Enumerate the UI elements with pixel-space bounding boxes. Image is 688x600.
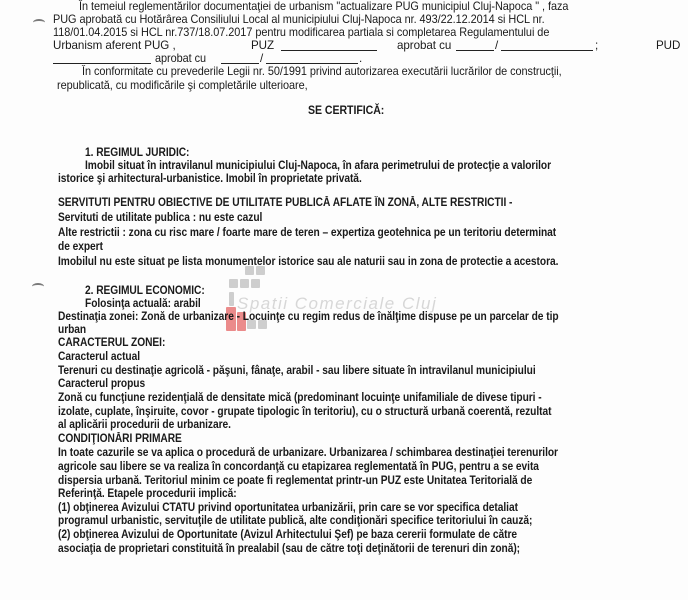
conditionari-step-2-line-2: asociaţia de proprietari constituită în … bbox=[58, 542, 520, 556]
section-heading-regimul-economic: 2. REGIMUL ECONOMIC: bbox=[85, 284, 205, 298]
margin-punch-mark bbox=[33, 19, 45, 26]
separator: / bbox=[495, 39, 498, 53]
watermark-square bbox=[229, 292, 234, 306]
margin-punch-mark bbox=[32, 283, 44, 290]
destinatia-zonei-line-1: Destinaţia zonei: Zonă de urbanizare - L… bbox=[58, 310, 559, 324]
section-heading-regimul-juridic: 1. REGIMUL JURIDIC: bbox=[85, 146, 189, 160]
puz-approval-date-field bbox=[501, 39, 593, 51]
conditionari-step-2-line-1: (2) obţinerea Avizului de Oportunitate (… bbox=[58, 528, 517, 542]
intro-line-2: PUG aprobată cu Hotărârea Consiliului Lo… bbox=[53, 13, 545, 27]
watermark-square bbox=[229, 279, 238, 288]
servituti-line-1: Servituti de utilitate publica : nu este… bbox=[58, 211, 262, 225]
pud-approval-number-field bbox=[221, 52, 259, 64]
regim-juridic-line-1: Imobil situat în intravilanul municipiul… bbox=[85, 159, 551, 173]
conditionari-line: agricole sau libere se va realiza în con… bbox=[58, 460, 539, 474]
puz-approval-number-field bbox=[456, 39, 494, 51]
law-line-1: În conformitate cu prevederile Legii nr.… bbox=[82, 65, 562, 79]
caracterul-propus-line-3: al aplicării procedurii de urbanizare. bbox=[58, 418, 231, 432]
section-heading-servituti: SERVITUTI PENTRU OBIECTIVE DE UTILITATE … bbox=[58, 196, 512, 210]
watermark-square bbox=[256, 266, 265, 275]
destinatia-zonei-line-2: urban bbox=[58, 323, 86, 337]
conditionari-line: Referinţă. Etapele procedurii implică: bbox=[58, 487, 237, 501]
caracterul-actual-text: Terenuri cu destinaţie agricolă - păşuni… bbox=[58, 364, 536, 378]
conditionari-line: In toate cazurile se va aplica o procedu… bbox=[58, 446, 558, 460]
servituti-line-2: Alte restrictii : zona cu risc mare / fo… bbox=[58, 226, 556, 240]
section-heading-conditionari-primare: CONDIŢIONĂRI PRIMARE bbox=[58, 432, 182, 446]
puz-blank-field bbox=[281, 39, 377, 51]
pud-label: PUD bbox=[656, 39, 680, 53]
separator: / bbox=[260, 52, 263, 66]
scanned-document-page: În temeiul reglementărilor documentaţiei… bbox=[0, 0, 688, 600]
pud-approval-date-field bbox=[266, 52, 358, 64]
intro-line-3: 118/01.04.2015 si HCL nr.737/18.07.2017 … bbox=[53, 26, 549, 40]
separator: ; bbox=[595, 39, 598, 53]
watermark-square bbox=[245, 266, 254, 275]
pud-blank-field bbox=[53, 52, 151, 64]
puz-label: PUZ bbox=[251, 39, 274, 53]
aprobat-cu-label: aprobat cu bbox=[155, 52, 206, 66]
folosinta-actuala: Folosinţa actuală: arabil bbox=[85, 297, 201, 311]
regim-juridic-line-2: istorice şi arhitectural-urbanistice. Im… bbox=[58, 172, 362, 186]
section-heading-caracterul-zonei: CARACTERUL ZONEI: bbox=[58, 336, 165, 350]
aprobat-cu-label: aprobat cu bbox=[397, 39, 451, 53]
urbanism-label: Urbanism aferent PUG , bbox=[53, 39, 176, 53]
watermark-square bbox=[251, 279, 260, 288]
watermark-square bbox=[240, 279, 249, 288]
conditionari-line: dispersia urbană. Teritoriul minim ce po… bbox=[58, 474, 532, 488]
conditionari-step-1-line-1: (1) obţinerea Avizului CTATU privind opo… bbox=[58, 501, 518, 515]
caracterul-propus-line-2: izolate, cuplate, înşiruite, covor - gru… bbox=[58, 405, 551, 419]
separator: . bbox=[359, 52, 362, 66]
caracterul-actual-label: Caracterul actual bbox=[58, 350, 140, 364]
servituti-line-3: de expert bbox=[58, 240, 103, 254]
law-line-2: republicată, cu modificările şi completă… bbox=[57, 79, 308, 93]
intro-line-1: În temeiul reglementărilor documentaţiei… bbox=[79, 0, 568, 14]
conditionari-step-1-line-2: programul urbanistic, servituţile de uti… bbox=[58, 514, 532, 528]
caracterul-propus-line-1: Zonă cu funcţiune rezidenţială de densit… bbox=[58, 391, 542, 405]
caracterul-propus-label: Caracterul propus bbox=[58, 377, 145, 391]
servituti-line-4: Imobilul nu este situat pe lista monumen… bbox=[58, 255, 558, 269]
section-title-se-certifica: SE CERTIFICĂ: bbox=[308, 103, 384, 117]
